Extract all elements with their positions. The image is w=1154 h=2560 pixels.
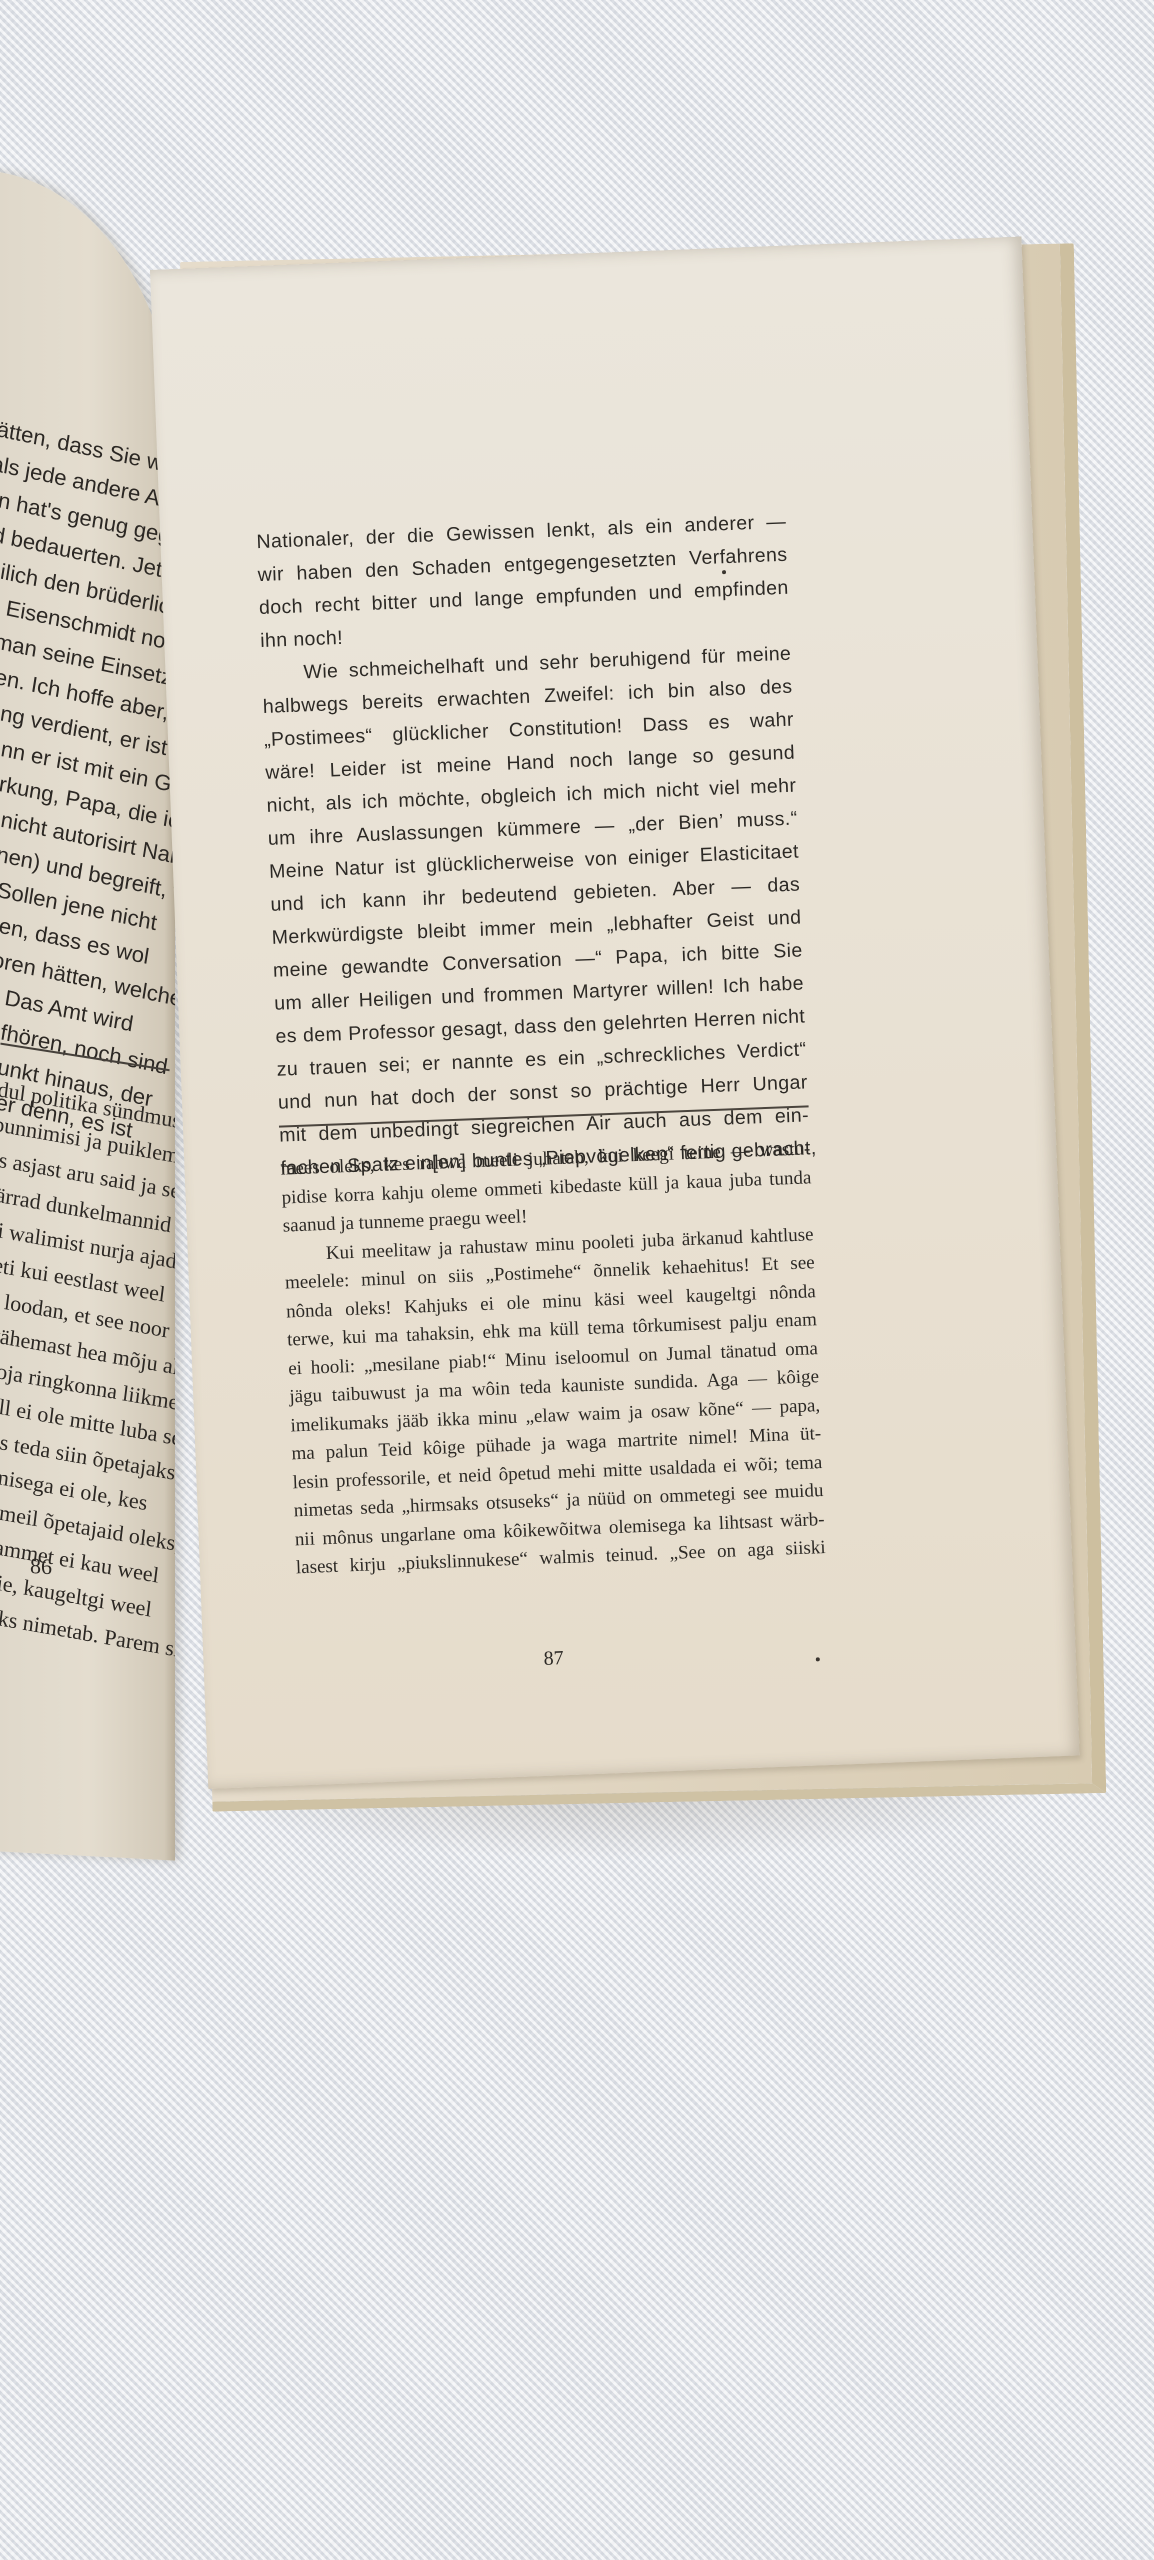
german-text-block: Nationaler, der die Gewissen lenkt, als …: [256, 506, 811, 1186]
right-page: Nationaler, der die Gewissen lenkt, als …: [150, 237, 1080, 1789]
left-page-german-text: ätten, dass Sie weil nichtals jede ander…: [0, 411, 175, 1136]
left-page-estonian-text: dul politika sündmus olipunnimisi ja pui…: [0, 1071, 175, 1656]
left-page: ätten, dass Sie weil nichtals jede ander…: [0, 169, 175, 1860]
estonian-text-block: mees oleks, kes rahwa meeli juhatab, kui…: [280, 1135, 826, 1583]
right-page-number: 87: [543, 1647, 564, 1671]
left-page-number: 86: [30, 1553, 52, 1580]
paper-speck: [816, 1657, 820, 1661]
